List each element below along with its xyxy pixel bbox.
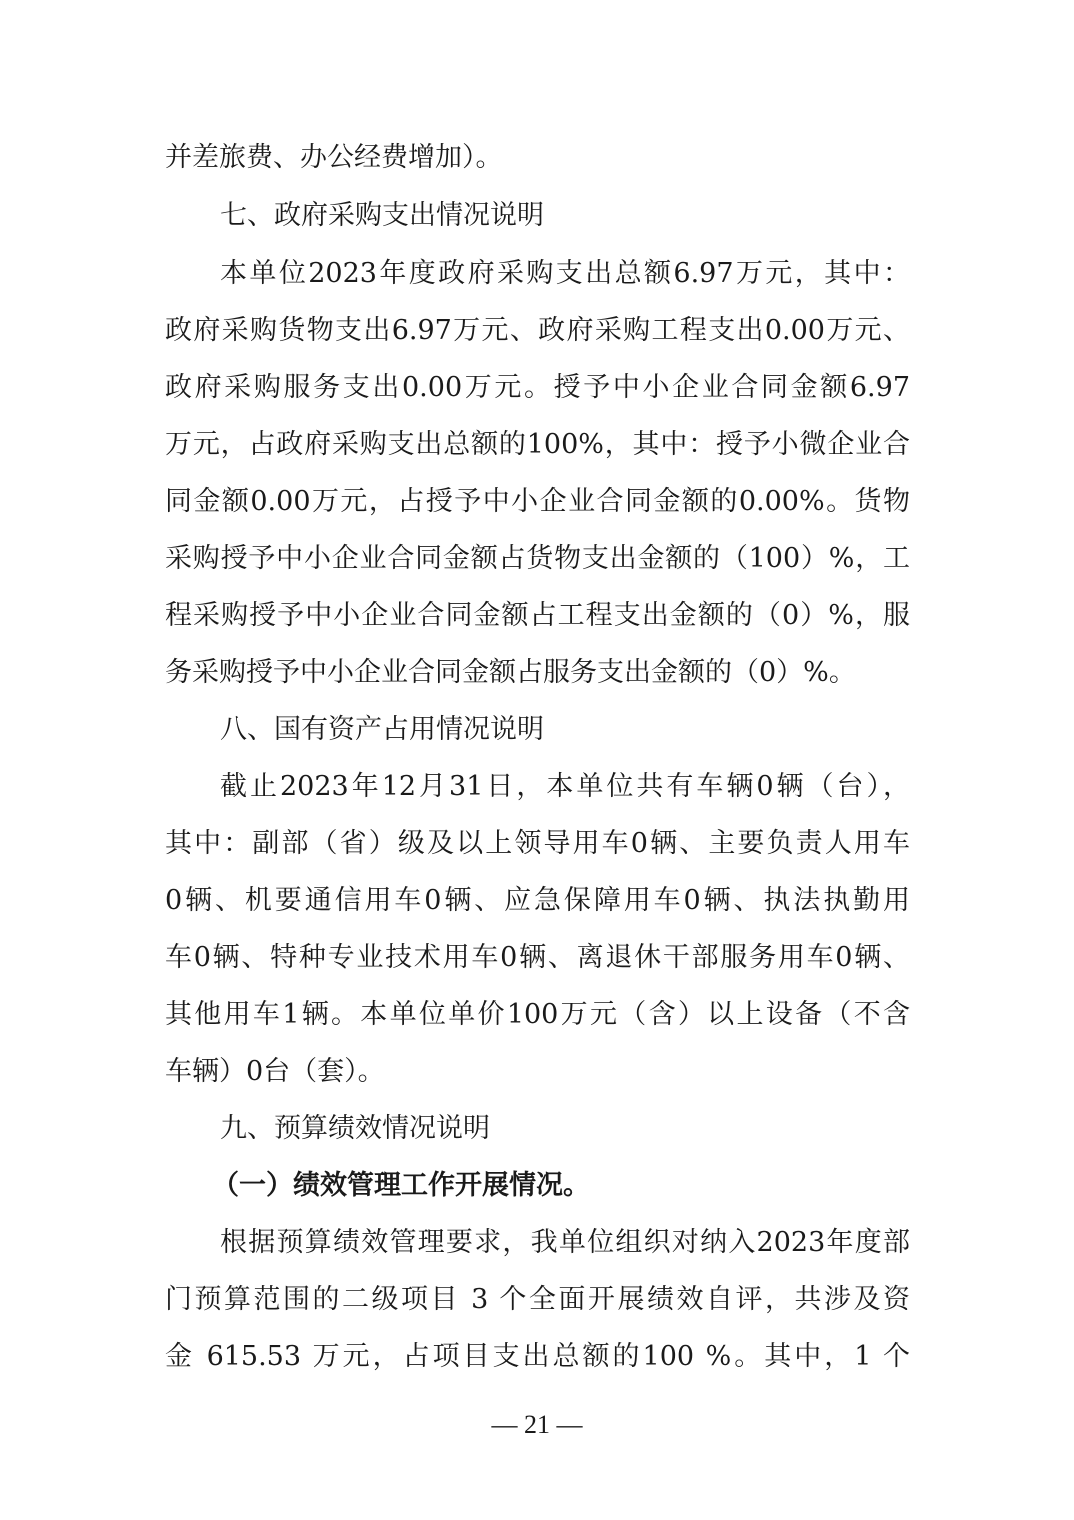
paragraph-line: 其中：副部（省）级及以上领导用车0辆、主要负责人用车 (165, 824, 910, 864)
paragraph-line: 金 615.53 万元，占项目支出总额的100 %。其中，1 个 (165, 1337, 910, 1377)
paragraph-line: 本单位2023年度政府采购支出总额6.97万元，其中： (220, 254, 910, 294)
paragraph-line: 车辆）0台（套）。 (165, 1052, 910, 1092)
page-number: — 21 — (0, 1405, 1074, 1445)
paragraph-line: 其他用车1辆。本单位单价100万元（含）以上设备（不含 (165, 995, 910, 1035)
paragraph-line: 门预算范围的二级项目 3 个全面开展绩效自评，共涉及资 (165, 1280, 910, 1320)
paragraph-line: 并差旅费、办公经费增加）。 (165, 138, 910, 178)
paragraph-line: 采购授予中小企业合同金额占货物支出金额的（100）%，工 (165, 539, 910, 579)
subsection-heading-performance-management: （一）绩效管理工作开展情况。 (212, 1166, 957, 1206)
paragraph-line: 截止2023年12月31日，本单位共有车辆0辆（台）， (220, 767, 910, 807)
paragraph-line: 万元，占政府采购支出总额的100%，其中：授予小微企业合 (165, 425, 910, 465)
document-page: 并差旅费、办公经费增加）。 七、政府采购支出情况说明 本单位2023年度政府采购… (0, 0, 1074, 1520)
paragraph-line: 同金额0.00万元，占授予中小企业合同金额的0.00%。货物 (165, 482, 910, 522)
section-heading-budget-performance: 九、预算绩效情况说明 (220, 1109, 910, 1149)
paragraph-line: 政府采购服务支出0.00万元。授予中小企业合同金额6.97 (165, 368, 910, 408)
paragraph-line: 政府采购货物支出6.97万元、政府采购工程支出0.00万元、 (165, 311, 910, 351)
section-heading-state-assets: 八、国有资产占用情况说明 (220, 710, 910, 750)
paragraph-line: 务采购授予中小企业合同金额占服务支出金额的（0）%。 (165, 653, 910, 693)
paragraph-line: 程采购授予中小企业合同金额占工程支出金额的（0）%，服 (165, 596, 910, 636)
paragraph-line: 0辆、机要通信用车0辆、应急保障用车0辆、执法执勤用 (165, 881, 910, 921)
paragraph-line: 车0辆、特种专业技术用车0辆、离退休干部服务用车0辆、 (165, 938, 910, 978)
section-heading-government-procurement: 七、政府采购支出情况说明 (220, 196, 910, 236)
paragraph-line: 根据预算绩效管理要求，我单位组织对纳入2023年度部 (220, 1223, 910, 1263)
